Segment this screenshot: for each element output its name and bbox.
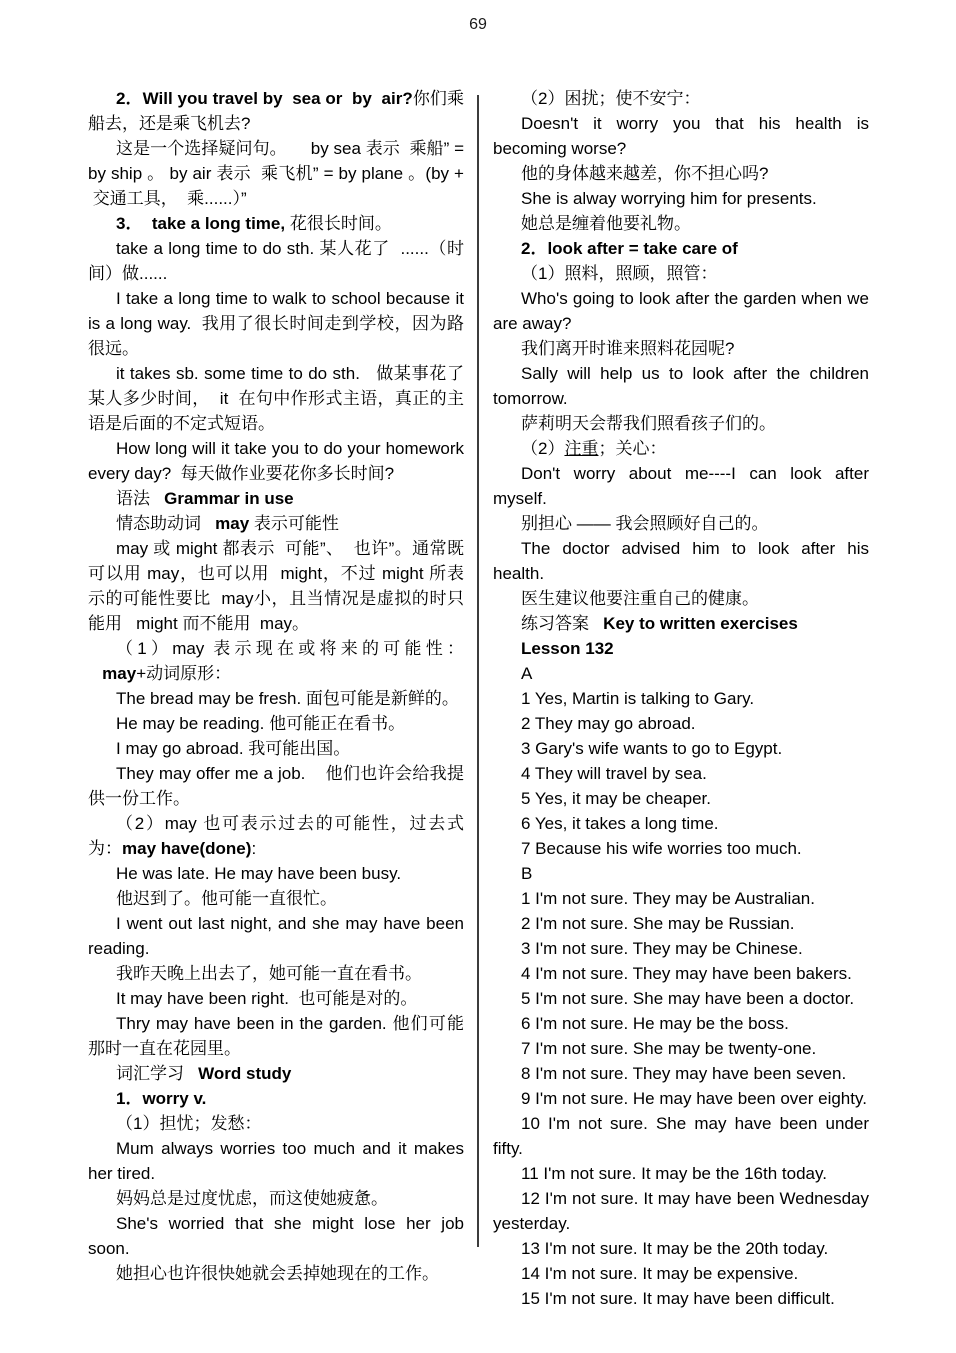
paragraph: Sally will help us to look after the chi… — [493, 361, 869, 411]
text-run: A — [521, 664, 532, 683]
text-run: 练习答案 — [521, 614, 603, 633]
paragraph: 5 Yes, it may be cheaper. — [493, 786, 869, 811]
paragraph: Lesson 132 — [493, 636, 869, 661]
paragraph: 3． take a long time, 花很长时间。 — [88, 211, 464, 236]
paragraph: 6 Yes, it takes a long time. — [493, 811, 869, 836]
paragraph: it takes sb. some time to do sth. 做某事花了某… — [88, 361, 464, 436]
paragraph: A — [493, 661, 869, 686]
text-run: 14 I'm not sure. It may be expensive. — [521, 1264, 798, 1283]
text-run: 萨莉明天会帮我们照看孩子们的。 — [521, 414, 776, 433]
text-run: 医生建议他要注重自己的健康。 — [521, 589, 759, 608]
paragraph: Doesn't it worry you that his health is … — [493, 111, 869, 161]
text-run: He was late. He may have been busy. — [116, 864, 401, 883]
text-run: （1）照料，照顾，照管： — [521, 264, 717, 283]
text-run: 2 I'm not sure. She may be Russian. — [521, 914, 795, 933]
text-run: 6 I'm not sure. He may be the boss. — [521, 1014, 789, 1033]
text-run: B — [521, 864, 532, 883]
paragraph: 3 I'm not sure. They may be Chinese. — [493, 936, 869, 961]
text-run: 我们离开时谁来照料花园呢? — [521, 339, 734, 358]
bold-text-run: 2．Will you travel by sea or by air? — [116, 89, 413, 108]
text-run: 2 They may go abroad. — [521, 714, 696, 733]
column-divider — [477, 95, 479, 1247]
paragraph: 她总是缠着他要礼物。 — [493, 211, 869, 236]
text-run: 表示可能性 — [249, 514, 339, 533]
document-page: 69 2．Will you travel by sea or by air?你们… — [0, 0, 956, 1353]
bold-text-run: Lesson 132 — [521, 639, 614, 658]
text-run: 7 Because his wife worries too much. — [521, 839, 802, 858]
text-run: （2）困扰；使不安宁： — [521, 89, 700, 108]
text-run: （2） — [521, 439, 564, 458]
paragraph: （2）may 也可表示过去的可能性，过去式为：may have(done): — [88, 811, 464, 861]
text-run: ；关心： — [598, 439, 666, 458]
text-run: She is alway worrying him for presents. — [521, 189, 817, 208]
paragraph: may 或 might 都表示 可能”、 也许”。通常既可以用 may，也可以用… — [88, 536, 464, 636]
paragraph: 14 I'm not sure. It may be expensive. — [493, 1261, 869, 1286]
text-run: take a long time to do sth. 某人花了 ......（… — [88, 239, 464, 283]
paragraph: 10 I'm not sure. She may have been under… — [493, 1111, 869, 1161]
paragraph: 13 I'm not sure. It may be the 20th toda… — [493, 1236, 869, 1261]
paragraph: 4 They will travel by sea. — [493, 761, 869, 786]
text-run: : — [251, 839, 256, 858]
text-run: 3 Gary's wife wants to go to Egypt. — [521, 739, 782, 758]
text-run: 5 I'm not sure. She may have been a doct… — [521, 989, 854, 1008]
paragraph: It may have been right. 也可能是对的。 — [88, 986, 464, 1011]
bold-text-run: 3． take a long time, — [116, 214, 285, 233]
text-run: 别担心 —— 我会照顾好自己的。 — [521, 514, 768, 533]
paragraph: （2）注重；关心： — [493, 436, 869, 461]
text-run: I may go abroad. 我可能出国。 — [116, 739, 350, 758]
paragraph: The doctor advised him to look after his… — [493, 536, 869, 586]
paragraph: 妈妈总是过度忧虑，而这使她疲惫。 — [88, 1186, 464, 1211]
paragraph: 4 I'm not sure. They may have been baker… — [493, 961, 869, 986]
paragraph: 萨莉明天会帮我们照看孩子们的。 — [493, 411, 869, 436]
text-run: They may offer me a job. 他们也许会给我提供一份工作。 — [88, 764, 464, 808]
paragraph: 她担心也许很快她就会丢掉她现在的工作。 — [88, 1261, 464, 1286]
text-run: +动词原形： — [136, 664, 231, 683]
paragraph: He may be reading. 他可能正在看书。 — [88, 711, 464, 736]
text-run: 7 I'm not sure. She may be twenty-one. — [521, 1039, 816, 1058]
paragraph: （1）照料，照顾，照管： — [493, 261, 869, 286]
paragraph: （2）困扰；使不安宁： — [493, 86, 869, 111]
bold-text-run: may have(done) — [122, 839, 251, 858]
text-run: 15 I'm not sure. It may have been diffic… — [521, 1289, 835, 1308]
paragraph: 6 I'm not sure. He may be the boss. — [493, 1011, 869, 1036]
paragraph: 我昨天晚上出去了，她可能一直在看书。 — [88, 961, 464, 986]
paragraph: I may go abroad. 我可能出国。 — [88, 736, 464, 761]
paragraph: He was late. He may have been busy. — [88, 861, 464, 886]
paragraph: 5 I'm not sure. She may have been a doct… — [493, 986, 869, 1011]
bold-text-run: Key to written exercises — [603, 614, 798, 633]
bold-text-run: may — [215, 514, 249, 533]
paragraph: 15 I'm not sure. It may have been diffic… — [493, 1286, 869, 1311]
paragraph: （1）may 表示现在或将来的可能性： may+动词原形： — [88, 636, 464, 686]
paragraph: （1）担忧；发愁： — [88, 1111, 464, 1136]
paragraph: 这是一个选择疑问句。 by sea 表示 乘船” = by ship 。 by … — [88, 136, 464, 211]
text-run: The bread may be fresh. 面包可能是新鲜的。 — [116, 689, 459, 708]
text-run: it takes sb. some time to do sth. 做某事花了某… — [88, 364, 464, 433]
text-run: 她担心也许很快她就会丢掉她现在的工作。 — [116, 1264, 439, 1283]
bold-text-run: Word study — [198, 1064, 291, 1083]
text-run: The doctor advised him to look after his… — [493, 539, 869, 583]
paragraph: 11 I'm not sure. It may be the 16th toda… — [493, 1161, 869, 1186]
text-run: 13 I'm not sure. It may be the 20th toda… — [521, 1239, 828, 1258]
text-run: Who's going to look after the garden whe… — [493, 289, 869, 333]
underlined-text-run: 注重 — [564, 439, 598, 458]
text-run: I went out last night, and she may have … — [88, 914, 464, 958]
text-run: 他迟到了。他可能一直很忙。 — [116, 889, 337, 908]
text-run: 6 Yes, it takes a long time. — [521, 814, 719, 833]
paragraph: I take a long time to walk to school bec… — [88, 286, 464, 361]
text-run: I take a long time to walk to school bec… — [88, 289, 464, 358]
text-run: 妈妈总是过度忧虑，而这使她疲惫。 — [116, 1189, 388, 1208]
paragraph: take a long time to do sth. 某人花了 ......（… — [88, 236, 464, 286]
paragraph: They may offer me a job. 他们也许会给我提供一份工作。 — [88, 761, 464, 811]
paragraph: Thry may have been in the garden. 他们可能那时… — [88, 1011, 464, 1061]
text-run: 11 I'm not sure. It may be the 16th toda… — [521, 1164, 827, 1183]
text-run: may 或 might 都表示 可能”、 也许”。通常既可以用 may，也可以用… — [88, 539, 464, 633]
text-run: Mum always worries too much and it makes… — [88, 1139, 464, 1183]
paragraph: 练习答案 Key to written exercises — [493, 611, 869, 636]
paragraph: 9 I'm not sure. He may have been over ei… — [493, 1086, 869, 1111]
text-run: 1 Yes, Martin is talking to Gary. — [521, 689, 754, 708]
paragraph: 他的身体越来越差，你不担心吗? — [493, 161, 869, 186]
text-run: Sally will help us to look after the chi… — [493, 364, 869, 408]
paragraph: 我们离开时谁来照料花园呢? — [493, 336, 869, 361]
text-run: 9 I'm not sure. He may have been over ei… — [521, 1089, 867, 1108]
text-run: 词汇学习 — [116, 1064, 198, 1083]
bold-text-run: 2．look after = take care of — [521, 239, 738, 258]
paragraph: 7 I'm not sure. She may be twenty-one. — [493, 1036, 869, 1061]
paragraph: 12 I'm not sure. It may have been Wednes… — [493, 1186, 869, 1236]
paragraph: She's worried that she might lose her jo… — [88, 1211, 464, 1261]
text-run: 我昨天晚上出去了，她可能一直在看书。 — [116, 964, 422, 983]
text-run: 情态助动词 — [116, 514, 215, 533]
paragraph: Who's going to look after the garden whe… — [493, 286, 869, 336]
text-run: 1 I'm not sure. They may be Australian. — [521, 889, 815, 908]
paragraph: 7 Because his wife worries too much. — [493, 836, 869, 861]
text-run: 10 I'm not sure. She may have been under… — [493, 1114, 869, 1158]
paragraph: I went out last night, and she may have … — [88, 911, 464, 961]
text-run: He may be reading. 他可能正在看书。 — [116, 714, 405, 733]
text-run: 她总是缠着他要礼物。 — [521, 214, 691, 233]
paragraph: 1．worry v. — [88, 1086, 464, 1111]
paragraph: How long will it take you to do your hom… — [88, 436, 464, 486]
text-run: 花很长时间。 — [285, 214, 392, 233]
paragraph: She is alway worrying him for presents. — [493, 186, 869, 211]
paragraph: 语法 Grammar in use — [88, 486, 464, 511]
paragraph: 8 I'm not sure. They may have been seven… — [493, 1061, 869, 1086]
bold-text-run: 1．worry v. — [116, 1089, 206, 1108]
text-run: Thry may have been in the garden. 他们可能那时… — [88, 1014, 464, 1058]
paragraph: Mum always worries too much and it makes… — [88, 1136, 464, 1186]
page-number: 69 — [0, 16, 956, 34]
text-run: 这是一个选择疑问句。 by sea 表示 乘船” = by ship 。 by … — [88, 139, 464, 208]
text-run: 4 I'm not sure. They may have been baker… — [521, 964, 852, 983]
paragraph: 医生建议他要注重自己的健康。 — [493, 586, 869, 611]
paragraph: 2 I'm not sure. She may be Russian. — [493, 911, 869, 936]
text-run: 12 I'm not sure. It may have been Wednes… — [493, 1189, 869, 1233]
paragraph: 词汇学习 Word study — [88, 1061, 464, 1086]
text-run: 他的身体越来越差，你不担心吗? — [521, 164, 768, 183]
text-run: （1）担忧；发愁： — [116, 1114, 261, 1133]
paragraph: 1 Yes, Martin is talking to Gary. — [493, 686, 869, 711]
text-run: 4 They will travel by sea. — [521, 764, 707, 783]
paragraph: 2．look after = take care of — [493, 236, 869, 261]
text-run: It may have been right. 也可能是对的。 — [116, 989, 417, 1008]
left-column: 2．Will you travel by sea or by air?你们乘船去… — [88, 86, 464, 1286]
bold-text-run: Grammar in use — [164, 489, 293, 508]
paragraph: 2 They may go abroad. — [493, 711, 869, 736]
paragraph: B — [493, 861, 869, 886]
text-run: Don't worry about me----I can look after… — [493, 464, 869, 508]
text-run: Doesn't it worry you that his health is … — [493, 114, 869, 158]
bold-text-run: may — [102, 664, 136, 683]
paragraph: 3 Gary's wife wants to go to Egypt. — [493, 736, 869, 761]
paragraph: 他迟到了。他可能一直很忙。 — [88, 886, 464, 911]
paragraph: 别担心 —— 我会照顾好自己的。 — [493, 511, 869, 536]
text-run: 8 I'm not sure. They may have been seven… — [521, 1064, 846, 1083]
paragraph: 1 I'm not sure. They may be Australian. — [493, 886, 869, 911]
text-run: 5 Yes, it may be cheaper. — [521, 789, 711, 808]
text-run: 3 I'm not sure. They may be Chinese. — [521, 939, 803, 958]
paragraph: The bread may be fresh. 面包可能是新鲜的。 — [88, 686, 464, 711]
right-column: （2）困扰；使不安宁：Doesn't it worry you that his… — [493, 86, 869, 1311]
paragraph: Don't worry about me----I can look after… — [493, 461, 869, 511]
text-run: She's worried that she might lose her jo… — [88, 1214, 464, 1258]
text-run: 语法 — [116, 489, 164, 508]
text-run: How long will it take you to do your hom… — [88, 439, 464, 483]
paragraph: 2．Will you travel by sea or by air?你们乘船去… — [88, 86, 464, 136]
paragraph: 情态助动词 may 表示可能性 — [88, 511, 464, 536]
